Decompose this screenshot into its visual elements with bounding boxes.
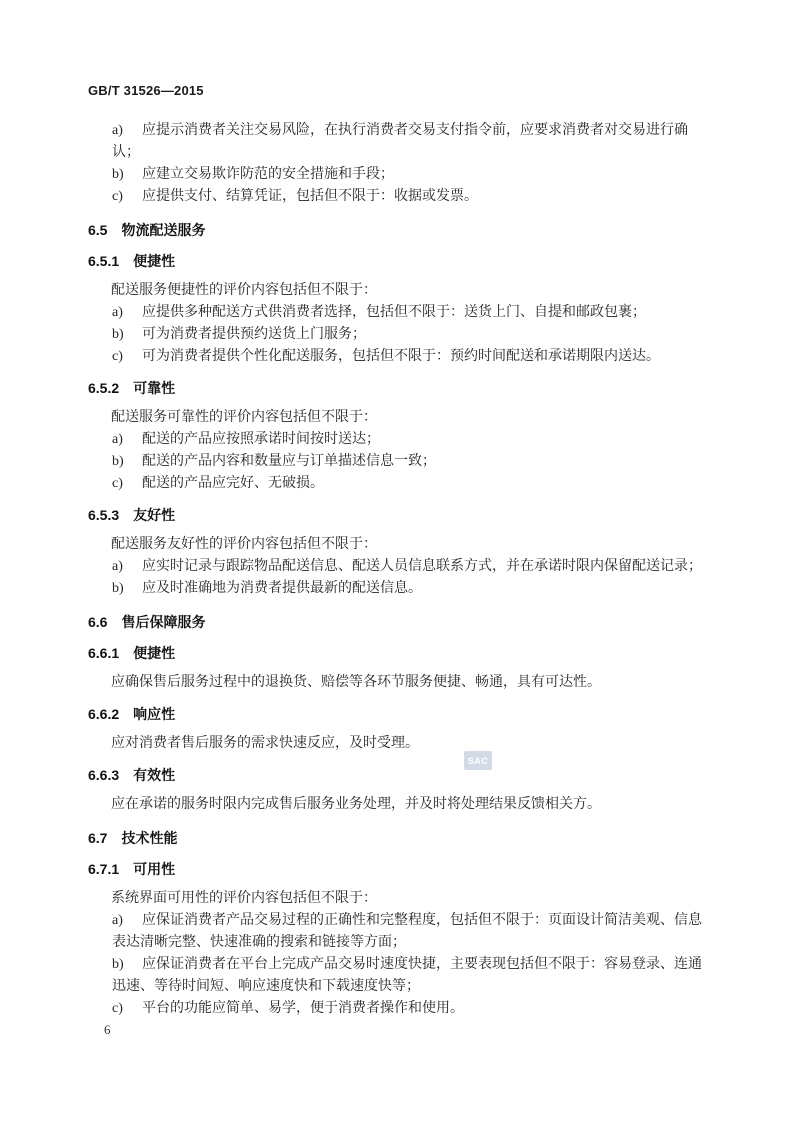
list-item: c)配送的产品应完好、无破损。 [112,473,710,495]
list-item-text: 应建立交易欺诈防范的安全措施和手段； [142,167,394,182]
list-item: b)可为消费者提供预约送货上门服务； [112,324,710,346]
section-heading-6-6-3: 6.6.3有效性 [88,764,710,786]
list-item: a)应实时记录与跟踪物品配送信息、配送人员信息联系方式，并在承诺时限内保留配送记… [112,556,710,578]
list-item-label: c) [112,186,142,208]
section-6-5-1-list: a)应提供多种配送方式供消费者选择，包括但不限于：送货上门、自提和邮政包裹； b… [112,302,710,368]
list-item: c)应提供支付、结算凭证，包括但不限于：收据或发票。 [112,186,710,208]
section-number: 6.5 [88,219,107,241]
section-heading-6-5-1: 6.5.1便捷性 [88,250,710,272]
section-title: 售后保障服务 [121,614,205,630]
document-page: GB/T 31526—2015 a)应提示消费者关注交易风险，在执行消费者交易支… [0,0,794,1123]
section-title: 响应性 [133,706,175,722]
lead-paragraph: 配送服务可靠性的评价内容包括但不限于： [88,407,710,429]
list-item-label: c) [112,473,142,495]
section-6-5-3-list: a)应实时记录与跟踪物品配送信息、配送人员信息联系方式，并在承诺时限内保留配送记… [112,556,710,600]
list-item: a)应提示消费者关注交易风险，在执行消费者交易支付指令前，应要求消费者对交易进行… [112,120,710,164]
list-item: b)应保证消费者在平台上完成产品交易时速度快捷，主要表现包括但不限于：容易登录、… [112,954,710,998]
list-item-text: 应保证消费者在平台上完成产品交易时速度快捷，主要表现包括但不限于：容易登录、连通… [112,957,702,994]
list-item-label: a) [112,120,142,142]
section-heading-6-6-1: 6.6.1便捷性 [88,642,710,664]
list-item: c)平台的功能应简单、易学，便于消费者操作和使用。 [112,998,710,1020]
list-item: a)应提供多种配送方式供消费者选择，包括但不限于：送货上门、自提和邮政包裹； [112,302,710,324]
list-item-label: c) [112,346,142,368]
list-item: a)配送的产品应按照承诺时间按时送达； [112,429,710,451]
section-number: 6.7.1 [88,858,119,880]
list-item-label: a) [112,910,142,932]
section-number: 6.5.1 [88,250,119,272]
lead-paragraph: 配送服务便捷性的评价内容包括但不限于： [88,280,710,302]
list-item-label: b) [112,954,142,976]
list-item-label: c) [112,998,142,1020]
list-item-text: 可为消费者提供预约送货上门服务； [142,327,366,342]
list-item-label: a) [112,556,142,578]
document-code: GB/T 31526—2015 [88,80,710,102]
section-title: 友好性 [133,507,175,523]
section-title: 有效性 [133,767,175,783]
list-item-text: 平台的功能应简单、易学，便于消费者操作和使用。 [142,1001,464,1016]
list-item-text: 应实时记录与跟踪物品配送信息、配送人员信息联系方式，并在承诺时限内保留配送记录； [142,559,702,574]
list-item: c)可为消费者提供个性化配送服务，包括但不限于：预约时间配送和承诺期限内送达。 [112,346,710,368]
lead-paragraph: 配送服务友好性的评价内容包括但不限于： [88,534,710,556]
list-item-label: b) [112,164,142,186]
list-item-text: 应提供多种配送方式供消费者选择，包括但不限于：送货上门、自提和邮政包裹； [142,305,646,320]
section-number: 6.5.2 [88,377,119,399]
section-heading-6-7: 6.7技术性能 [88,827,710,849]
section-title: 便捷性 [133,253,175,269]
section-number: 6.6 [88,611,107,633]
body-paragraph: 应确保售后服务过程中的退换货、赔偿等各环节服务便捷、畅通，具有可达性。 [88,672,710,694]
section-heading-6-6: 6.6售后保障服务 [88,611,710,633]
list-item-text: 配送的产品内容和数量应与订单描述信息一致； [142,454,436,469]
list-item-label: b) [112,324,142,346]
list-item: b)应及时准确地为消费者提供最新的配送信息。 [112,578,710,600]
body-paragraph: 应对消费者售后服务的需求快速反应，及时受理。 [88,733,710,755]
section-number: 6.6.1 [88,642,119,664]
list-item-label: a) [112,429,142,451]
sac-watermark-logo: SAC [464,751,492,770]
list-item-text: 应提示消费者关注交易风险，在执行消费者交易支付指令前，应要求消费者对交易进行确认… [112,123,688,160]
section-heading-6-7-1: 6.7.1可用性 [88,858,710,880]
section-number: 6.6.3 [88,764,119,786]
list-item: b)应建立交易欺诈防范的安全措施和手段； [112,164,710,186]
lead-paragraph: 系统界面可用性的评价内容包括但不限于： [88,888,710,910]
page-content: GB/T 31526—2015 a)应提示消费者关注交易风险，在执行消费者交易支… [88,80,710,1020]
section-heading-6-5-3: 6.5.3友好性 [88,504,710,526]
list-item-label: b) [112,578,142,600]
list-item: a)应保证消费者产品交易过程的正确性和完整程度，包括但不限于：页面设计简洁美观、… [112,910,710,954]
section-heading-6-6-2: 6.6.2响应性 [88,703,710,725]
body-paragraph: 应在承诺的服务时限内完成售后服务业务处理，并及时将处理结果反馈相关方。 [88,794,710,816]
list-item-label: b) [112,451,142,473]
section-title: 技术性能 [121,830,177,846]
payment-requirements-list: a)应提示消费者关注交易风险，在执行消费者交易支付指令前，应要求消费者对交易进行… [112,120,710,208]
section-heading-6-5-2: 6.5.2可靠性 [88,377,710,399]
page-number: 6 [104,1020,111,1040]
section-title: 物流配送服务 [121,222,205,238]
section-title: 可靠性 [133,380,175,396]
section-6-7-1-list: a)应保证消费者产品交易过程的正确性和完整程度，包括但不限于：页面设计简洁美观、… [112,910,710,1020]
list-item-text: 应及时准确地为消费者提供最新的配送信息。 [142,581,422,596]
list-item: b)配送的产品内容和数量应与订单描述信息一致； [112,451,710,473]
section-title: 便捷性 [133,645,175,661]
section-title: 可用性 [133,861,175,877]
list-item-text: 可为消费者提供个性化配送服务，包括但不限于：预约时间配送和承诺期限内送达。 [142,349,660,364]
list-item-text: 应保证消费者产品交易过程的正确性和完整程度，包括但不限于：页面设计简洁美观、信息… [112,913,702,950]
section-heading-6-5: 6.5物流配送服务 [88,219,710,241]
list-item-text: 应提供支付、结算凭证，包括但不限于：收据或发票。 [142,189,478,204]
list-item-text: 配送的产品应按照承诺时间按时送达； [142,432,380,447]
section-number: 6.6.2 [88,703,119,725]
section-number: 6.5.3 [88,504,119,526]
list-item-label: a) [112,302,142,324]
list-item-text: 配送的产品应完好、无破损。 [142,476,324,491]
section-6-5-2-list: a)配送的产品应按照承诺时间按时送达； b)配送的产品内容和数量应与订单描述信息… [112,429,710,495]
section-number: 6.7 [88,827,107,849]
